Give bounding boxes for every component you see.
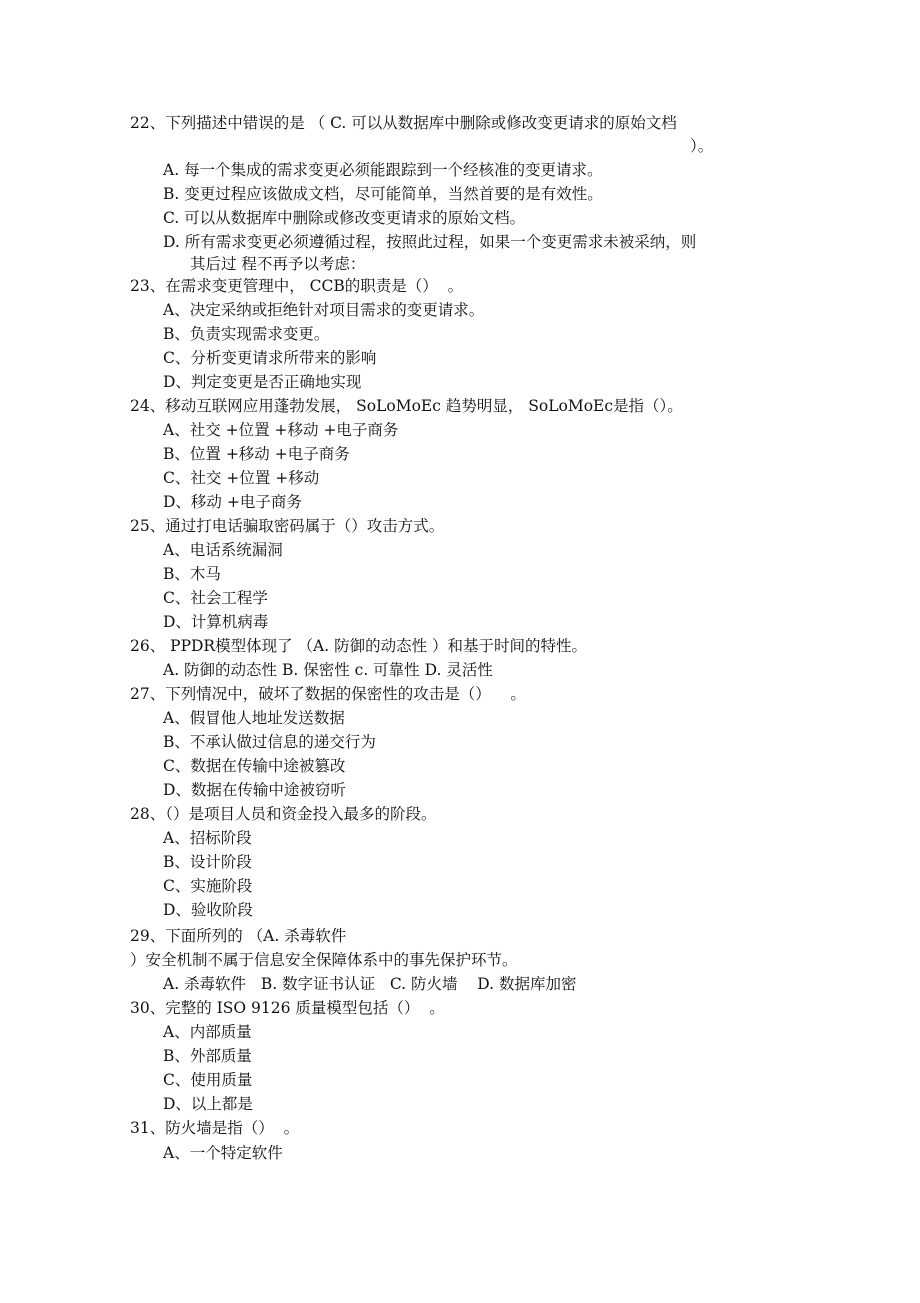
question-26-options-inline: A. 防御的动态性 B. 保密性 c. 可靠性 D. 灵活性: [163, 660, 493, 680]
question-23-option-c: C、分析变更请求所带来的影响: [163, 348, 376, 368]
question-30-stem: 30、完整的 ISO 9126 质量模型包括（） 。: [130, 998, 445, 1018]
question-23-option-b: B、负责实现需求变更。: [163, 324, 329, 344]
question-30-option-b: B、外部质量: [163, 1046, 252, 1066]
question-24-option-d: D、移动 +电子商务: [163, 492, 302, 512]
question-30-option-c: C、使用质量: [163, 1070, 252, 1090]
question-22-option-b: B. 变更过程应该做成文档，尽可能简单，当然首要的是有效性。: [163, 184, 603, 204]
question-22-option-d: D. 所有需求变更必须遵循过程，按照此过程，如果一个变更需求未被采纳，则: [163, 232, 696, 252]
question-23-option-a: A、决定采纳或拒绝针对项目需求的变更请求。: [163, 300, 484, 320]
question-22-option-c: C. 可以从数据库中删除或修改变更请求的原始文档。: [163, 208, 525, 228]
question-25-option-b: B、木马: [163, 564, 221, 584]
question-24-option-a: A、社交 +位置 +移动 +电子商务: [163, 420, 398, 440]
question-27-option-c: C、数据在传输中途被篡改: [163, 756, 345, 776]
question-28-option-d: D、验收阶段: [163, 900, 253, 920]
question-24-option-c: C、社交 +位置 +移动: [163, 468, 319, 488]
question-30-option-d: D、以上都是: [163, 1094, 253, 1114]
question-29-stem-tail: ）安全机制不属于信息安全保障体系中的事先保护环节。: [130, 950, 518, 970]
document-page: 22、下列描述中错误的是 （ C. 可以从数据库中删除或修改变更请求的原始文档 …: [0, 0, 920, 1303]
question-22-stem-tail: ）。: [690, 136, 713, 156]
question-27-option-d: D、数据在传输中途被窃听: [163, 780, 346, 800]
question-27-option-b: B、不承认做过信息的递交行为: [163, 732, 376, 752]
question-28-option-c: C、实施阶段: [163, 876, 252, 896]
question-27-option-a: A、假冒他人地址发送数据: [163, 708, 345, 728]
question-22-option-d-continuation: 其后过 程不再予以考虑：: [190, 254, 365, 274]
question-30-option-a: A、内部质量: [163, 1022, 252, 1042]
question-29-options-inline: A. 杀毒软件 B. 数字证书认证 C. 防火墙 D. 数据库加密: [163, 974, 576, 994]
question-24-option-b: B、位置 +移动 +电子商务: [163, 444, 350, 464]
question-24-stem: 24、移动互联网应用蓬勃发展， SoLoMoEc 趋势明显， SoLoMoEc是…: [130, 396, 683, 416]
question-22-stem: 22、下列描述中错误的是 （ C. 可以从数据库中删除或修改变更请求的原始文档: [130, 113, 677, 133]
question-22-option-a: A. 每一个集成的需求变更必须能跟踪到一个经核准的变更请求。: [163, 160, 603, 180]
question-23-stem: 23、在需求变更管理中， CCB的职责是（） 。: [130, 276, 463, 296]
question-29-stem: 29、下面所列的 （A. 杀毒软件: [130, 926, 346, 946]
question-27-stem: 27、下列情况中，破坏了数据的保密性的攻击是（） 。: [130, 684, 526, 704]
question-25-stem: 25、通过打电话骗取密码属于（）攻击方式。: [130, 516, 444, 536]
question-25-option-d: D、计算机病毒: [163, 612, 268, 632]
question-28-option-a: A、招标阶段: [163, 828, 252, 848]
question-23-option-d: D、判定变更是否正确地实现: [163, 372, 361, 392]
question-26-stem: 26、 PPDR模型体现了 （A. 防御的动态性 ）和基于时间的特性。: [130, 636, 587, 656]
question-31-stem: 31、防火墙是指（） 。: [130, 1118, 299, 1138]
question-25-option-a: A、电话系统漏洞: [163, 540, 283, 560]
question-31-option-a: A、一个特定软件: [163, 1143, 283, 1163]
question-28-option-b: B、设计阶段: [163, 852, 252, 872]
question-25-option-c: C、社会工程学: [163, 588, 268, 608]
question-28-stem: 28、（）是项目人员和资金投入最多的阶段。: [130, 804, 436, 824]
